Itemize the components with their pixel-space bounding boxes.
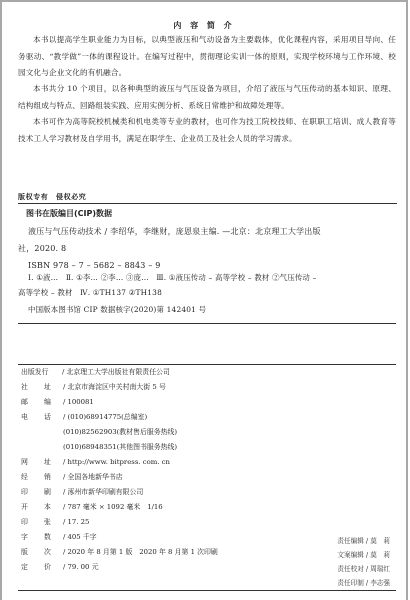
pub-value: / 79. 00 元 <box>63 560 99 576</box>
pub-row-postcode: 邮编/ 100081 <box>21 395 94 411</box>
pub-label: 张 <box>44 515 51 531</box>
pub-value: / 17. 25 <box>63 515 89 531</box>
pub-value: / http://www. bitpress. com. cn <box>63 455 170 471</box>
pub-label: 本 <box>44 500 51 516</box>
copyright-page: 内 容 简 介 本书以提高学生职业能力为目标，以典型液压和气动设备为主要载体，优… <box>0 0 408 600</box>
cip-bottom-rule <box>18 323 396 324</box>
pub-row-format: 开本/ 787 毫米 × 1092 毫米 1/16 <box>21 500 163 516</box>
staff-name: 周瑞红 <box>370 565 390 573</box>
pub-value: / 全国各地新华书店 <box>63 470 123 486</box>
summary-title: 内 容 简 介 <box>2 20 406 31</box>
pub-row-price: 定价/ 79. 00 元 <box>21 560 99 576</box>
pub-value: / 787 毫米 × 1092 毫米 1/16 <box>63 500 163 516</box>
pub-row-printer: 印刷/ 涿州市新华印刷有限公司 <box>21 485 143 501</box>
summary-paragraph-1: 本书以提高学生职业能力为目标，以典型液压和气动设备为主要载体，优化课程内容，采用… <box>18 32 396 82</box>
pub-label: 电 <box>21 410 44 426</box>
pub-row-publisher: 出版发行/ 北京理工大学出版社有限责任公司 <box>21 365 170 381</box>
pub-value: / 405 千字 <box>63 530 97 546</box>
pub-label: 次 <box>44 545 51 561</box>
staff-role: 责任编辑 <box>337 537 363 545</box>
pub-row-edition: 版次/ 2020 年 8 月第 1 版 2020 年 8 月第 1 次印刷 <box>21 545 218 561</box>
pub-label: 字 <box>21 530 44 546</box>
pub-value: / 涿州市新华印刷有限公司 <box>63 485 143 501</box>
pub-label: 话 <box>44 410 51 426</box>
staff-editor: 责任编辑 / 莫 莉 <box>337 534 390 549</box>
pub-label: 版 <box>21 545 44 561</box>
pub-row-word-count: 字数/ 405 千字 <box>21 530 97 546</box>
pub-phone-other-service: (010)68948351(其他图书服务热线) <box>63 440 177 456</box>
pub-label: 销 <box>44 470 51 486</box>
pub-label: 价 <box>44 560 51 576</box>
cip-heading: 图书在版编目(CIP)数据 <box>26 208 112 219</box>
staff-copy-editor: 文案编辑 / 莫 莉 <box>337 548 390 563</box>
pub-label: 印 <box>21 515 44 531</box>
pub-label: 邮 <box>21 395 44 411</box>
summary-paragraph-2: 本书共分 10 个项目，以各种典型的液压与气压设备为项目，介绍了液压与气压传动的… <box>18 81 396 114</box>
pub-row-distributor: 经销/ 全国各地新华书店 <box>21 470 123 486</box>
cip-line-title: 液压与气压传动技术 / 李绍华，李继财，庞恩泉主编. —北京：北京理工大学出版 <box>28 222 321 241</box>
publication-bottom-rule <box>18 590 396 591</box>
pub-label: 址 <box>44 455 51 471</box>
cip-top-rule <box>18 203 397 204</box>
staff-print-supervisor: 责任印制 / 李志强 <box>337 576 390 591</box>
staff-role: 责任校对 <box>337 565 363 573</box>
pub-row-sheets: 印张/ 17. 25 <box>21 515 89 531</box>
pub-label: 刷 <box>44 485 51 501</box>
pub-row-website: 网址/ http://www. bitpress. com. cn <box>21 455 170 471</box>
pub-phone-textbook-service: (010)82562903(教材售后服务热线) <box>63 425 177 441</box>
staff-proofreader: 责任校对 / 周瑞红 <box>337 562 390 577</box>
staff-name: 李志强 <box>370 579 390 587</box>
pub-value: / (010)68914775(总编室) <box>63 410 147 426</box>
pub-value: / 2020 年 8 月第 1 版 2020 年 8 月第 1 次印刷 <box>63 545 218 561</box>
staff-role: 责任印制 <box>337 579 363 587</box>
pub-value: / 北京市海淀区中关村南大街 5 号 <box>63 380 166 396</box>
pub-label: 开 <box>21 500 44 516</box>
staff-name: 莫 莉 <box>370 551 390 559</box>
pub-label: 经 <box>21 470 44 486</box>
pub-label: 址 <box>44 380 51 396</box>
pub-label: 出版发行 <box>21 365 63 381</box>
copyright-notice: 版权专有 侵权必究 <box>18 192 86 202</box>
pub-value: / 北京理工大学出版社有限责任公司 <box>62 365 170 381</box>
pub-label: 社 <box>21 380 44 396</box>
pub-label: 编 <box>44 395 51 411</box>
staff-role: 文案编辑 <box>337 551 363 559</box>
pub-row-address: 社址/ 北京市海淀区中关村南大街 5 号 <box>21 380 166 396</box>
summary-paragraph-3: 本书可作为高等院校机械类和机电类等专业的教材，也可作为技工院校技师、在职职工培训… <box>18 114 396 147</box>
pub-label: 印 <box>21 485 44 501</box>
pub-row-phone: 电话/ (010)68914775(总编室) <box>21 410 147 426</box>
pub-label: 网 <box>21 455 44 471</box>
pub-value: / 100081 <box>63 395 94 411</box>
pub-label: 数 <box>44 530 51 546</box>
cip-line-record-number: 中国版本图书馆 CIP 数据核字(2020)第 142401 号 <box>28 300 206 319</box>
pub-label: 定 <box>21 560 44 576</box>
staff-name: 莫 莉 <box>370 537 390 545</box>
